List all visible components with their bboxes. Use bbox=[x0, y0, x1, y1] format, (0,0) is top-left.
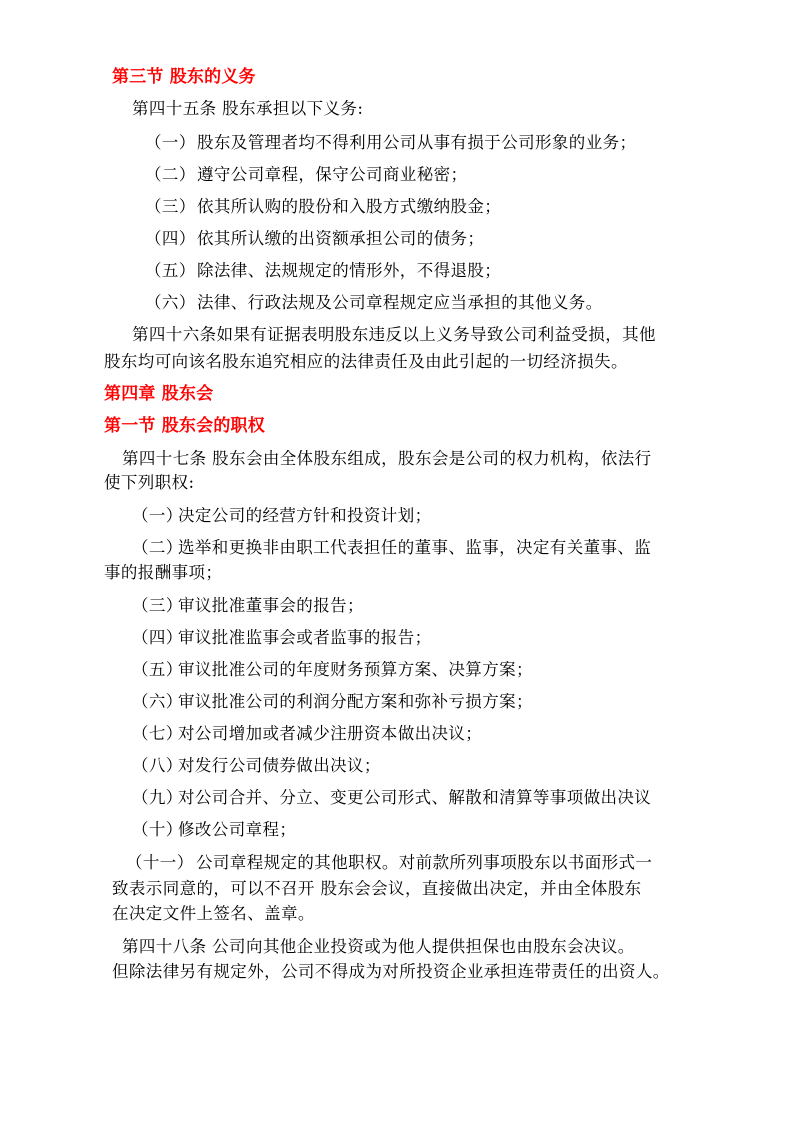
item-number: （六） bbox=[132, 692, 178, 712]
article-47-item-6: （六）审议批准公司的利润分配方案和弥补亏损方案； bbox=[132, 692, 533, 712]
article-45-item-2: （二）遵守公司章程，保守公司商业秘密； bbox=[145, 165, 467, 185]
article-47-item-7: （七）对公司增加或者减少注册资本做出决议； bbox=[132, 724, 482, 744]
article-47-item-4: （四）审议批准监事会或者监事的报告； bbox=[132, 628, 432, 648]
item-number: （二） bbox=[132, 538, 178, 558]
article-47-item-1: （一）决定公司的经营方针和投资计划； bbox=[132, 506, 432, 526]
item-text: 对发行公司债券做出决议； bbox=[178, 756, 381, 775]
article-47-item-8: （八）对发行公司债券做出决议； bbox=[132, 756, 381, 776]
item-number: （五） bbox=[132, 660, 178, 680]
item-number: （十） bbox=[132, 820, 178, 840]
item-text: 遵守公司章程，保守公司商业秘密； bbox=[197, 165, 467, 184]
article-48-line-1: 第四十八条 公司向其他企业投资或为他人提供担保也由股东会决议。 bbox=[122, 937, 635, 957]
article-45-item-1: （一）股东及管理者均不得利用公司从事有损于公司形象的业务； bbox=[145, 133, 636, 153]
item-text: 除法律、法规规定的情形外，不得退股； bbox=[197, 261, 501, 280]
chapter-heading-shareholders-meeting: 第四章 股东会 bbox=[104, 383, 213, 405]
article-47-item-2-cont: 事的报酬事项； bbox=[104, 563, 222, 583]
item-number: （一） bbox=[145, 133, 197, 153]
item-number: （十一） bbox=[126, 853, 196, 873]
item-text: 审议批准公司的年度财务预算方案、决算方案； bbox=[178, 660, 533, 679]
item-text: 审议批准监事会或者监事的报告； bbox=[178, 628, 432, 647]
article-47-line-1: 第四十七条 股东会由全体股东组成，股东会是公司的权力机构，依法行 bbox=[122, 449, 652, 469]
section-heading-shareholder-obligations: 第三节 股东的义务 bbox=[112, 66, 256, 88]
item-text: 法律、行政法规及公司章程规定应当承担的其他义务。 bbox=[197, 293, 603, 312]
item-number: （五） bbox=[145, 261, 197, 281]
item-number: （四） bbox=[132, 628, 178, 648]
item-text: 股东及管理者均不得利用公司从事有损于公司形象的业务； bbox=[197, 133, 636, 152]
item-number: （七） bbox=[132, 724, 178, 744]
article-47-line-2: 使下列职权: bbox=[104, 473, 194, 493]
item-text: 对公司合并、分立、变更公司形式、解散和清算等事项做出决议 bbox=[178, 788, 651, 807]
item-text: 审议批准董事会的报告； bbox=[178, 596, 364, 615]
item-number: （四） bbox=[145, 229, 197, 249]
article-46-line-1: 第四十六条如果有证据表明股东违反以上义务导致公司利益受损，其他 bbox=[132, 325, 656, 345]
item-text: 依其所认购的股份和入股方式缴纳股金； bbox=[197, 197, 501, 216]
item-text: 审议批准公司的利润分配方案和弥补亏损方案； bbox=[178, 692, 533, 711]
article-47-item-3: （三）审议批准董事会的报告； bbox=[132, 596, 364, 616]
item-number: （六） bbox=[145, 293, 197, 313]
article-47-item-11: （十一）公司章程规定的其他职权。对前款所列事项股东以书面形式一 bbox=[126, 853, 652, 873]
item-text: 对公司增加或者减少注册资本做出决议； bbox=[178, 724, 482, 743]
section-heading-meeting-powers: 第一节 股东会的职权 bbox=[104, 415, 265, 437]
article-47-item-2: （二）选举和更换非由职工代表担任的董事、监事，决定有关董事、监 bbox=[132, 538, 651, 558]
article-47-item-11-cont2: 在决定文件上签名、盖章。 bbox=[112, 904, 315, 924]
article-45-item-3: （三）依其所认购的股份和入股方式缴纳股金； bbox=[145, 197, 501, 217]
article-45-item-5: （五）除法律、法规规定的情形外，不得退股； bbox=[145, 261, 501, 281]
item-text: 选举和更换非由职工代表担任的董事、监事，决定有关董事、监 bbox=[178, 538, 651, 557]
item-number: （九） bbox=[132, 788, 178, 808]
item-text: 修改公司章程； bbox=[178, 820, 296, 839]
item-text: 公司章程规定的其他职权。对前款所列事项股东以书面形式一 bbox=[196, 853, 652, 872]
item-number: （三） bbox=[132, 596, 178, 616]
article-45-item-4: （四）依其所认缴的出资额承担公司的债务； bbox=[145, 229, 484, 249]
item-number: （三） bbox=[145, 197, 197, 217]
item-number: （一） bbox=[132, 506, 178, 526]
article-47-item-5: （五）审议批准公司的年度财务预算方案、决算方案； bbox=[132, 660, 533, 680]
article-45-item-6: （六）法律、行政法规及公司章程规定应当承担的其他义务。 bbox=[145, 293, 603, 313]
item-text: 依其所认缴的出资额承担公司的债务； bbox=[197, 229, 484, 248]
item-text: 决定公司的经营方针和投资计划； bbox=[178, 506, 432, 525]
article-47-item-11-cont: 致表示同意的，可以不召开 股东会会议，直接做出决定，并由全体股东 bbox=[112, 879, 642, 899]
item-number: （八） bbox=[132, 756, 178, 776]
article-47-item-9: （九）对公司合并、分立、变更公司形式、解散和清算等事项做出决议 bbox=[132, 788, 651, 808]
item-number: （二） bbox=[145, 165, 197, 185]
article-48-line-2: 但除法律另有规定外，公司不得成为对所投资企业承担连带责任的出资人。 bbox=[112, 962, 670, 982]
article-45-title: 第四十五条 股东承担以下义务: bbox=[132, 99, 363, 119]
article-46-line-2: 股东均可向该名股东追究相应的法律责任及由此引起的一切经济损失。 bbox=[104, 352, 628, 372]
article-47-item-10: （十）修改公司章程； bbox=[132, 820, 296, 840]
